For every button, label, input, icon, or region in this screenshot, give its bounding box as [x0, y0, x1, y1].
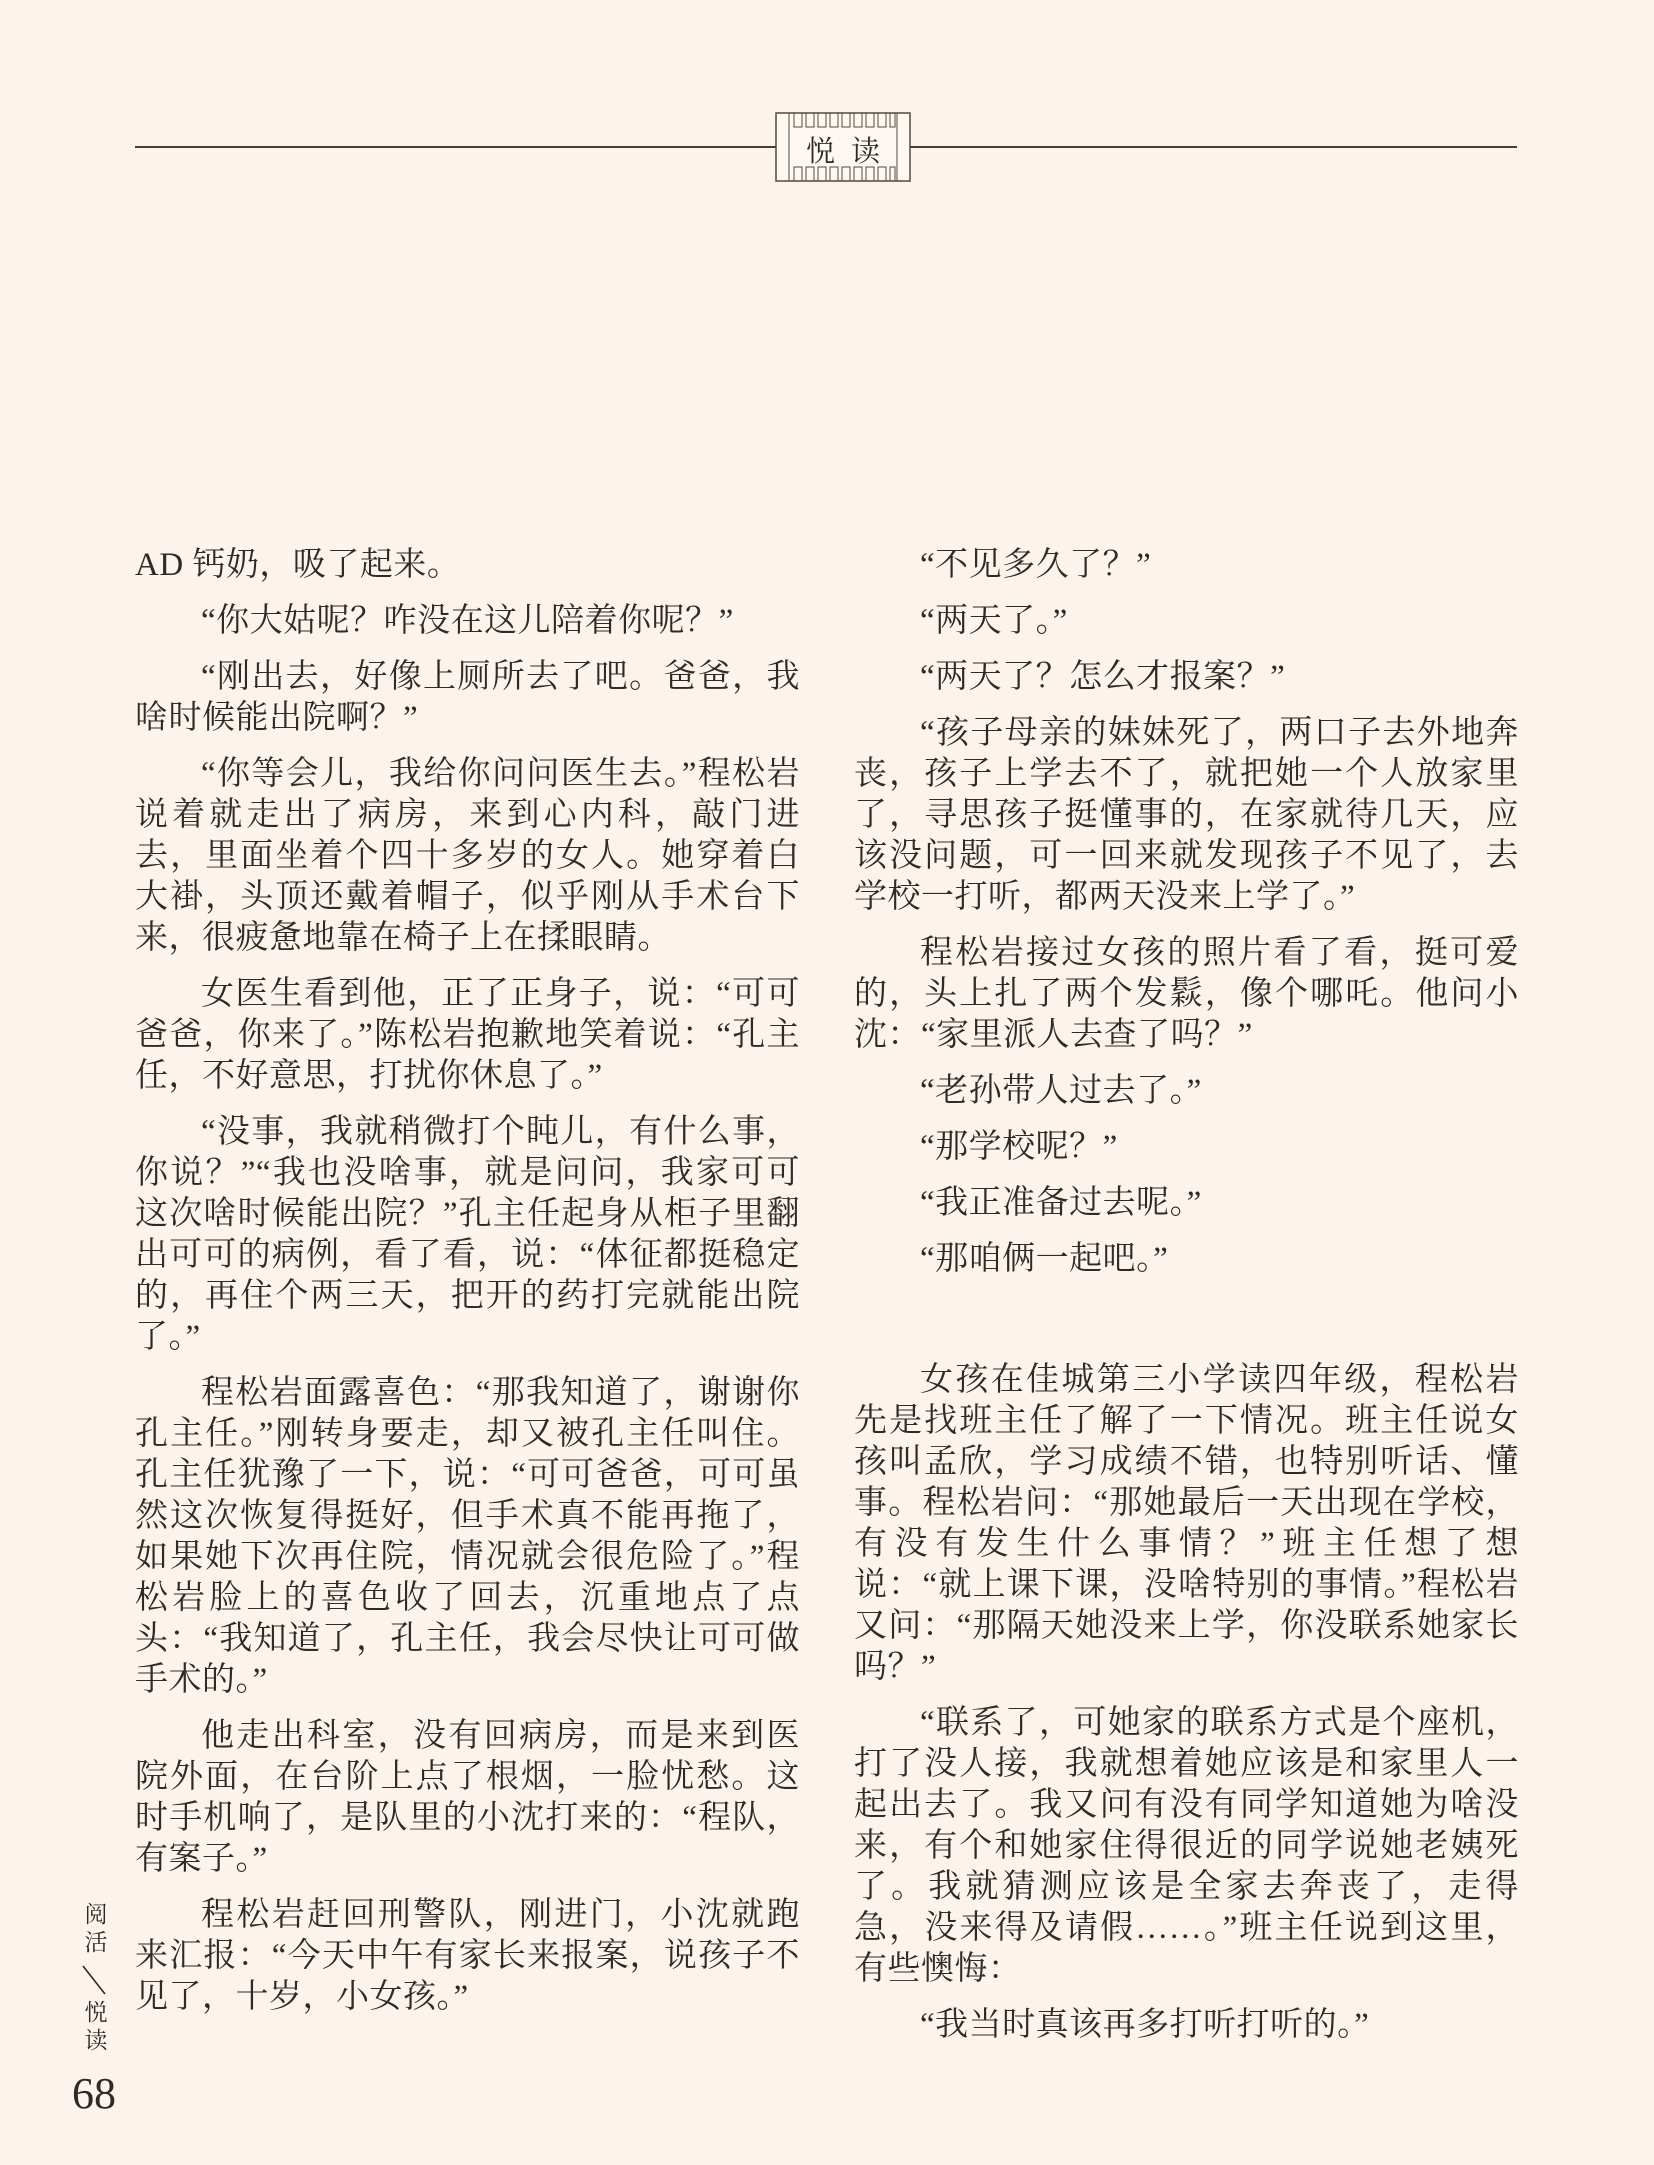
left-column: AD 钙奶，吸了起来。“你大姑呢？咋没在这儿陪着你呢？”“刚出去，好像上厕所去了…	[135, 545, 800, 2033]
paragraph: “孩子母亲的妹妹死了，两口子去外地奔丧，孩子上学去不了，就把她一个人放家里了，寻…	[854, 713, 1519, 918]
paragraph: “我当时真该再多打听打听的。”	[854, 2005, 1519, 2046]
paragraph: “两天了？怎么才报案？”	[854, 657, 1519, 698]
right-column: “不见多久了？”“两天了。”“两天了？怎么才报案？”“孩子母亲的妹妹死了，两口子…	[854, 545, 1519, 2061]
paragraph: “你大姑呢？咋没在这儿陪着你呢？”	[135, 601, 800, 642]
sidebar: 阅活 悦读 68	[70, 1902, 118, 2116]
paragraph: 程松岩面露喜色：“那我知道了，谢谢你孔主任。”刚转身要走，却又被孔主任叫住。孔主…	[135, 1373, 800, 1701]
paragraph: 程松岩接过女孩的照片看了看，挺可爱的，头上扎了两个发鬏，像个哪吒。他问小沈：“家…	[854, 933, 1519, 1056]
magazine-page: 悦读 AD 钙奶，吸了起来。“你大姑呢？咋没在这儿陪着你呢？”“刚出去，好像上厕…	[0, 0, 1654, 2165]
header-stamp-ornament: 悦读	[775, 112, 911, 182]
paragraph: “那咱俩一起吧。”	[854, 1239, 1519, 1280]
paragraph: AD 钙奶，吸了起来。	[135, 545, 800, 586]
paragraph: “你等会儿，我给你问问医生去。”程松岩说着就走出了病房，来到心内科，敲门进去，里…	[135, 754, 800, 959]
sidebar-slash-divider	[74, 1962, 114, 1998]
paragraph: “刚出去，好像上厕所去了吧。爸爸，我啥时候能出院啊？”	[135, 657, 800, 739]
paragraph: 女医生看到他，正了正身子，说：“可可爸爸，你来了。”陈松岩抱歉地笑着说：“孔主任…	[135, 974, 800, 1097]
sidebar-category-label: 阅活	[83, 1902, 106, 1958]
paragraph: 他走出科室，没有回病房，而是来到医院外面，在台阶上点了根烟，一脸忧愁。这时手机响…	[135, 1716, 800, 1880]
paragraph: “不见多久了？”	[854, 545, 1519, 586]
paragraph: “没事，我就稍微打个盹儿，有什么事，你说？”“我也没啥事，就是问问，我家可可这次…	[135, 1112, 800, 1358]
paragraph: “两天了。”	[854, 601, 1519, 642]
paragraph: “联系了，可她家的联系方式是个座机，打了没人接，我就想着她应该是和家里人一起出去…	[854, 1703, 1519, 1990]
paragraph: “我正准备过去呢。”	[854, 1183, 1519, 1224]
paragraph: 女孩在佳城第三小学读四年级，程松岩先是找班主任了解了一下情况。班主任说女孩叫孟欣…	[854, 1360, 1519, 1688]
paragraph: “老孙带人过去了。”	[854, 1071, 1519, 1112]
section-title: 悦读	[775, 129, 911, 170]
paragraph: “那学校呢？”	[854, 1127, 1519, 1168]
paragraph: 程松岩赶回刑警队，刚进门，小沈就跑来汇报：“今天中午有家长来报案，说孩子不见了，…	[135, 1895, 800, 2018]
sidebar-section-label: 悦读	[83, 2000, 106, 2056]
page-number: 68	[70, 2072, 118, 2116]
